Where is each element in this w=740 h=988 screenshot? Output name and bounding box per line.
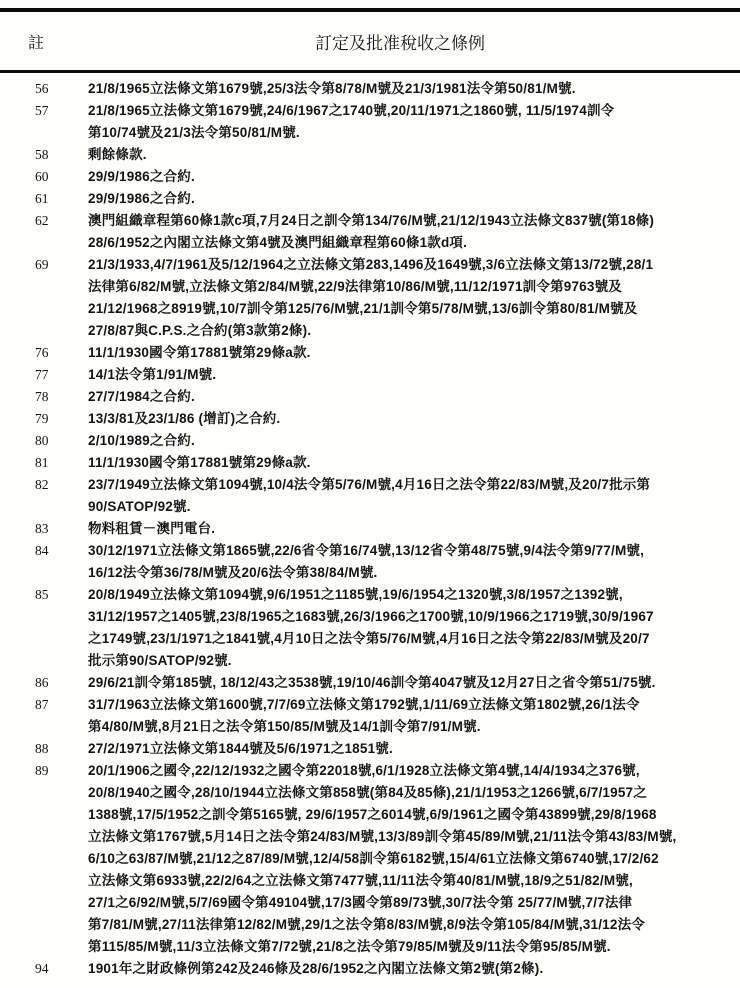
ordinance-text-line: 第115/85/M號,11/3立法條文第7/72號,21/8之法令第79/85/… [88, 936, 722, 958]
table-row: 8629/6/21訓令第185號, 18/12/43之3538號,19/10/4… [35, 672, 722, 694]
ordinance-text: 31/7/1963立法條文第1600號,7/7/69立法條文第1792號,1/1… [88, 694, 722, 738]
ordinance-text-line: 23/7/1949立法條文第1094號,10/4法令第5/76/M號,4月16日… [88, 474, 722, 496]
ordinance-text: 澳門組織章程第60條1款c項,7月24日之訓令第134/76/M號,21/12/… [88, 210, 722, 254]
note-number: 84 [35, 540, 88, 562]
note-number: 81 [35, 452, 88, 474]
note-number: 86 [35, 672, 88, 694]
ordinance-text: 30/12/1971立法條文第1865號,22/6省令第16/74號,13/12… [88, 540, 722, 584]
ordinance-text-line: 第4/80/M號,8月21日之法令第150/85/M號及14/1訓令第7/91/… [88, 716, 722, 738]
table-row: 6029/9/1986之合約. [35, 166, 722, 188]
note-number: 87 [35, 694, 88, 716]
ordinance-text-line: 20/8/1949立法條文第1094號,9/6/1951之1185號,19/6/… [88, 584, 722, 606]
ordinance-text: 剩餘條款. [88, 144, 722, 166]
ordinance-text-line: 21/12/1968之8919號,10/7訓令第125/76/M號,21/1訓令… [88, 298, 722, 320]
table-row: 6129/9/1986之合約. [35, 188, 722, 210]
table-row: 5621/8/1965立法條文第1679號,25/3法令第8/78/M號及21/… [35, 78, 722, 100]
ordinance-text: 2/10/1989之合約. [88, 430, 722, 452]
ordinance-text-line: 21/8/1965立法條文第1679號,25/3法令第8/78/M號及21/3/… [88, 78, 722, 100]
note-number: 57 [35, 100, 88, 122]
ordinance-text-line: 29/9/1986之合約. [88, 188, 722, 210]
table-row: 8520/8/1949立法條文第1094號,9/6/1951之1185號,19/… [35, 584, 722, 672]
ordinance-text-line: 立法條文第6933號,22/2/64之立法條文第7477號,11/11法令第40… [88, 870, 722, 892]
ordinance-text-line: 29/6/21訓令第185號, 18/12/43之3538號,19/10/46訓… [88, 672, 722, 694]
ordinance-text-line: 16/12法令第36/78/M號及20/6法令第38/84/M號. [88, 562, 722, 584]
ordinance-text: 11/1/1930國令第17881號第29條a款. [88, 452, 722, 474]
ordinance-text-line: 14/1法令第1/91/M號. [88, 364, 722, 386]
ordinance-text: 1901年之財政條例第242及246條及28/6/1952之內閣立法條文第2號(… [88, 958, 722, 980]
ordinance-text-line: 11/1/1930國令第17881號第29條a款. [88, 342, 722, 364]
table-row: 802/10/1989之合約. [35, 430, 722, 452]
ordinance-text-line: 27/7/1984之合約. [88, 386, 722, 408]
table-row: 8111/1/1930國令第17881號第29條a款. [35, 452, 722, 474]
ordinance-text-line: 27/1之6/92/M號,5/7/69國令第49104號,17/3國令第89/7… [88, 892, 722, 914]
ordinance-text: 29/9/1986之合約. [88, 166, 722, 188]
ordinance-text-line: 20/1/1906之國令,22/12/1932之國令第22018號,6/1/19… [88, 760, 722, 782]
ordinance-text: 11/1/1930國令第17881號第29條a款. [88, 342, 722, 364]
table-row: 8920/1/1906之國令,22/12/1932之國令第22018號,6/1/… [35, 760, 722, 958]
ordinance-text-line: 法律第6/82/M號,立法條文第2/84/M號,22/9法律第10/86/M號,… [88, 276, 722, 298]
ordinance-text-line: 之1749號,23/1/1971之1841號,4月10日之法令第5/76/M號,… [88, 628, 722, 650]
ordinance-text-line: 13/3/81及23/1/86 (增訂)之合約. [88, 408, 722, 430]
ordinance-text-line: 物料租賃－澳門電台. [88, 518, 722, 540]
table-row: 8430/12/1971立法條文第1865號,22/6省令第16/74號,13/… [35, 540, 722, 584]
ordinance-text-line: 立法條文第1767號,5月14日之法令第24/83/M號,13/3/89訓令第4… [88, 826, 722, 848]
note-number: 88 [35, 738, 88, 760]
table-row: 7611/1/1930國令第17881號第29條a款. [35, 342, 722, 364]
ordinance-text: 物料租賃－澳門電台. [88, 518, 722, 540]
ordinance-text-line: 2/10/1989之合約. [88, 430, 722, 452]
ordinance-text-line: 11/1/1930國令第17881號第29條a款. [88, 452, 722, 474]
ordinance-text-line: 澳門組織章程第60條1款c項,7月24日之訓令第134/76/M號,21/12/… [88, 210, 722, 232]
ordinance-text: 21/8/1965立法條文第1679號,24/6/1967之1740號,20/1… [88, 100, 722, 144]
ordinance-text: 13/3/81及23/1/86 (增訂)之合約. [88, 408, 722, 430]
table-row: 5721/8/1965立法條文第1679號,24/6/1967之1740號,20… [35, 100, 722, 144]
ordinance-text-line: 1388號,17/5/1952之訓令第5165號, 29/6/1957之6014… [88, 804, 722, 826]
ordinance-text-line: 31/7/1963立法條文第1600號,7/7/69立法條文第1792號,1/1… [88, 694, 722, 716]
note-number: 82 [35, 474, 88, 496]
note-number: 78 [35, 386, 88, 408]
ordinance-text-line: 27/8/87與C.P.S.之合約(第3款第2條). [88, 320, 722, 342]
note-number: 83 [35, 518, 88, 540]
table-row: 7714/1法令第1/91/M號. [35, 364, 722, 386]
ordinance-text: 27/2/1971立法條文第1844號及5/6/1971之1851號. [88, 738, 722, 760]
ordinance-text: 20/8/1949立法條文第1094號,9/6/1951之1185號,19/6/… [88, 584, 722, 672]
table-row: 6921/3/1933,4/7/1961及5/12/1964之立法條文第283,… [35, 254, 722, 342]
ordinance-text: 29/9/1986之合約. [88, 188, 722, 210]
ordinance-text: 21/8/1965立法條文第1679號,25/3法令第8/78/M號及21/3/… [88, 78, 722, 100]
note-number: 89 [35, 760, 88, 782]
note-number: 69 [35, 254, 88, 276]
ordinance-text: 29/6/21訓令第185號, 18/12/43之3538號,19/10/46訓… [88, 672, 722, 694]
note-number: 62 [35, 210, 88, 232]
page-title: 訂定及批准稅收之條例 [88, 29, 740, 54]
table-row: 8827/2/1971立法條文第1844號及5/6/1971之1851號. [35, 738, 722, 760]
ordinance-text: 23/7/1949立法條文第1094號,10/4法令第5/76/M號,4月16日… [88, 474, 722, 518]
ordinance-text-line: 27/2/1971立法條文第1844號及5/6/1971之1851號. [88, 738, 722, 760]
table-row: 8223/7/1949立法條文第1094號,10/4法令第5/76/M號,4月1… [35, 474, 722, 518]
table-row: 62澳門組織章程第60條1款c項,7月24日之訓令第134/76/M號,21/1… [35, 210, 722, 254]
note-number: 94 [35, 958, 88, 980]
ordinance-text-line: 批示第90/SATOP/92號. [88, 650, 722, 672]
ordinance-text-line: 90/SATOP/92號. [88, 496, 722, 518]
note-number: 77 [35, 364, 88, 386]
table-row: 941901年之財政條例第242及246條及28/6/1952之內閣立法條文第2… [35, 958, 722, 980]
ordinance-text-line: 30/12/1971立法條文第1865號,22/6省令第16/74號,13/12… [88, 540, 722, 562]
note-number: 60 [35, 166, 88, 188]
ordinance-text: 14/1法令第1/91/M號. [88, 364, 722, 386]
ordinance-text-line: 28/6/1952之內閣立法條文第4號及澳門組織章程第60條1款d項. [88, 232, 722, 254]
ordinance-table-body: 5621/8/1965立法條文第1679號,25/3法令第8/78/M號及21/… [0, 73, 740, 980]
ordinance-text-line: 1901年之財政條例第242及246條及28/6/1952之內閣立法條文第2號(… [88, 958, 722, 980]
table-row: 58剩餘條款. [35, 144, 722, 166]
table-row: 8731/7/1963立法條文第1600號,7/7/69立法條文第1792號,1… [35, 694, 722, 738]
note-number: 58 [35, 144, 88, 166]
ordinance-text-line: 剩餘條款. [88, 144, 722, 166]
note-number: 61 [35, 188, 88, 210]
table-row: 7827/7/1984之合約. [35, 386, 722, 408]
note-number: 76 [35, 342, 88, 364]
table-row: 83物料租賃－澳門電台. [35, 518, 722, 540]
ordinance-text: 27/7/1984之合約. [88, 386, 722, 408]
table-header: 註 訂定及批准稅收之條例 [0, 12, 740, 70]
ordinance-text-line: 6/10之63/87/M號,21/12之87/89/M號,12/4/58訓令第6… [88, 848, 722, 870]
ordinance-text-line: 29/9/1986之合約. [88, 166, 722, 188]
ordinance-text-line: 21/3/1933,4/7/1961及5/12/1964之立法條文第283,14… [88, 254, 722, 276]
ordinance-text-line: 21/8/1965立法條文第1679號,24/6/1967之1740號,20/1… [88, 100, 722, 122]
document-page: 註 訂定及批准稅收之條例 5621/8/1965立法條文第1679號,25/3法… [0, 0, 740, 988]
ordinance-text-line: 第10/74號及21/3法令第50/81/M號. [88, 122, 722, 144]
ordinance-text-line: 31/12/1957之1405號,23/8/1965之1683號,26/3/19… [88, 606, 722, 628]
note-number: 85 [35, 584, 88, 606]
note-column-header: 註 [28, 30, 88, 53]
note-number: 56 [35, 78, 88, 100]
table-row: 7913/3/81及23/1/86 (增訂)之合約. [35, 408, 722, 430]
note-number: 79 [35, 408, 88, 430]
ordinance-text: 20/1/1906之國令,22/12/1932之國令第22018號,6/1/19… [88, 760, 722, 958]
note-number: 80 [35, 430, 88, 452]
ordinance-text-line: 第7/81/M號,27/11法律第12/82/M號,29/1之法令第8/83/M… [88, 914, 722, 936]
ordinance-text: 21/3/1933,4/7/1961及5/12/1964之立法條文第283,14… [88, 254, 722, 342]
ordinance-text-line: 20/8/1940之國令,28/10/1944立法條文第858號(第84及85條… [88, 782, 722, 804]
